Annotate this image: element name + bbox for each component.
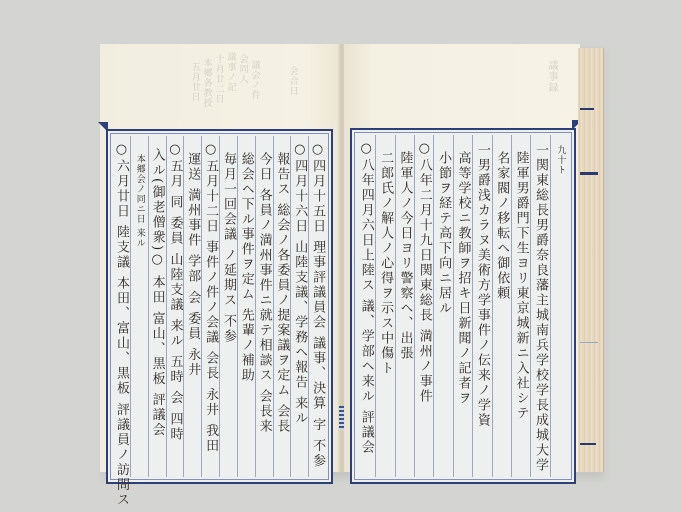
text-column: ○五月 同 委員 山陸支議 来ル 五時 会 四時 bbox=[166, 136, 184, 477]
show-through-text: 議事録 bbox=[544, 60, 558, 93]
right-page: 議事録 九十ト 一関東総長男爵奈良藩主城南兵学校学長成城大学 陸軍男爵門下生ヨリ… bbox=[344, 44, 580, 472]
left-page: 五月廿日 本郷各教授 十月廿二日 議事ノ記 会同人 議会ノ件 会合日 ○四月十五… bbox=[100, 44, 340, 472]
text-column: ○八年二月十九日関東総長 満州ノ事件 bbox=[414, 135, 433, 477]
thread-binding-mark bbox=[580, 342, 598, 343]
text-column: ○八年四月六日上陸ス 議、学部ヘ来ル 評議会 bbox=[357, 135, 375, 477]
thread-binding-mark bbox=[580, 172, 598, 175]
show-through-text: 議事ノ記 bbox=[224, 52, 237, 92]
text-column: ○五月十二日 事件ノ件ノ会議 会長 永井 我田 bbox=[201, 136, 219, 477]
show-through-text: 議会ノ件 bbox=[248, 60, 261, 100]
show-through-text: 十月廿二日 bbox=[212, 54, 225, 104]
manuscript-photo: 五月廿日 本郷各教授 十月廿二日 議事ノ記 会同人 議会ノ件 会合日 ○四月十五… bbox=[0, 0, 682, 512]
text-column: 今日 各員ノ満州事件ニ就テ相談ス 会長来 bbox=[255, 136, 273, 477]
text-column: 毎月一回会議 ノ延期ス 不参 bbox=[219, 136, 237, 477]
ruled-frame: ○四月十五日 理事評議員会 議事、決算 字 不参 ○四月十六日 山陸支議、学務ヘ… bbox=[106, 129, 333, 484]
text-column: 一男爵浅カラヌ美術方学事件ノ伝来ノ学資 bbox=[472, 135, 491, 477]
text-column: 陸軍男爵門下生ヨリ東京城新ニ入社シテ bbox=[511, 135, 530, 477]
text-column: 陸軍人ノ今日ヨリ警察ヘ、出張 bbox=[395, 135, 414, 477]
text-column: ○四月十五日 理事評議員会 議事、決算 字 不参 bbox=[308, 136, 326, 477]
show-through-text: 会同人 bbox=[236, 54, 249, 84]
thread-binding-mark bbox=[580, 108, 594, 110]
text-column: 小節ヲ経テ高下向ニ居ル bbox=[433, 135, 452, 477]
text-column: 入ル(御老僧衆)○ 本田 富山、黒板 評議会 bbox=[148, 136, 166, 477]
show-through-text: 会合日 bbox=[286, 66, 299, 96]
text-column: 報告ス 総会ノ各委員ノ提案議ヲ定ム 会長 bbox=[273, 136, 291, 477]
text-column: 二郎氏ノ解人ノ心得ヲ示ス中傷ト bbox=[375, 135, 394, 477]
ruled-frame: 九十ト 一関東総長男爵奈良藩主城南兵学校学長成城大学 陸軍男爵門下生ヨリ東京城新… bbox=[350, 128, 576, 484]
text-column: 本郷会ノ同ニ日 来ル bbox=[130, 136, 148, 477]
text-column: 高等学校ニ教師ヲ招キ日新聞ノ記者ヲ bbox=[453, 135, 472, 477]
text-column: 一関東総長男爵奈良藩主城南兵学校学長成城大学 bbox=[530, 135, 549, 477]
show-through-text: 五月廿日 bbox=[188, 62, 201, 102]
text-column: 名家閥ノ移転ヘ御依頼 bbox=[492, 135, 511, 477]
show-through-text: 本郷各教授 bbox=[200, 58, 213, 108]
text-column: 運送 満州事件 学部 会 委員 永井 bbox=[183, 136, 201, 477]
text-column: ○四月十六日 山陸支議、学務ヘ報告 来ル bbox=[290, 136, 308, 477]
page-edges bbox=[578, 48, 604, 472]
thread-binding-mark bbox=[580, 443, 596, 445]
text-column: 総会ヘ下ル事件ヲ定ム 先輩ノ補助 bbox=[237, 136, 255, 477]
text-column: ○六月廿日 陸支議 本田、富山、黒板 評議員ノ訪問ス bbox=[113, 136, 130, 477]
page-number-column: 九十ト bbox=[550, 135, 569, 477]
